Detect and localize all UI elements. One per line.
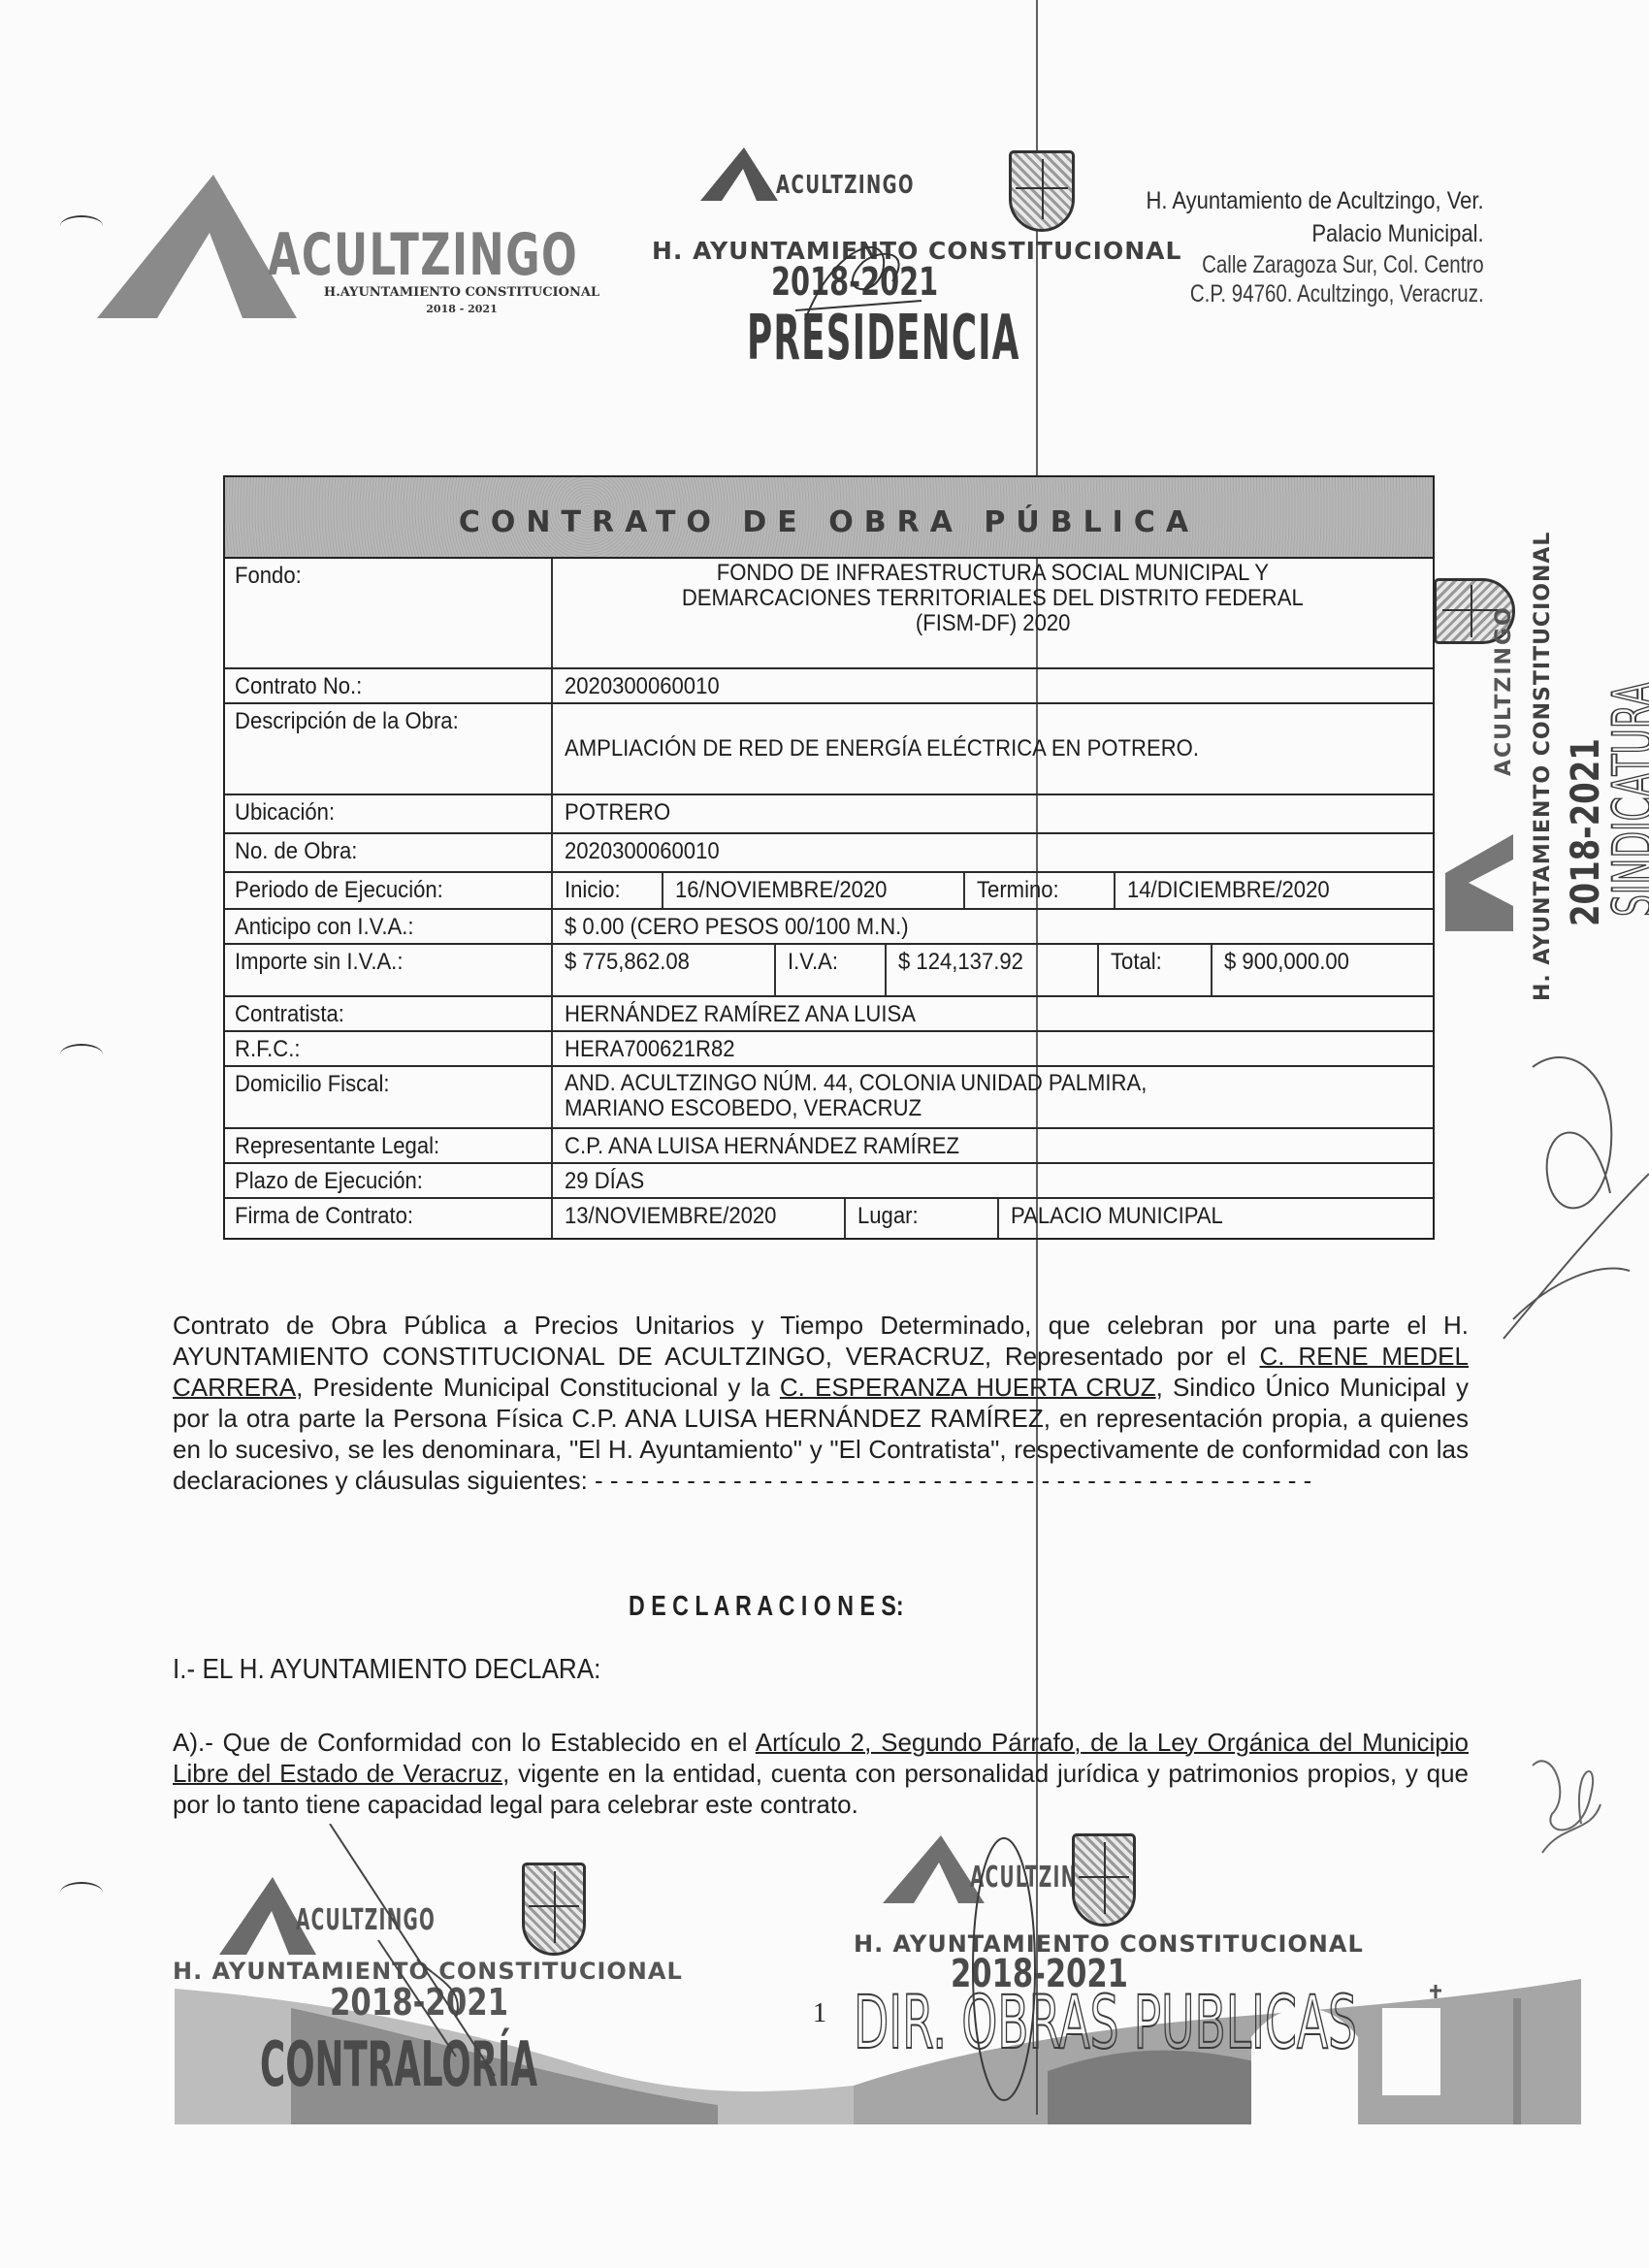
value-domicilio-line2: MARIANO ESCOBEDO, VERACRUZ [565,1096,1352,1121]
declaraciones-heading: D E C L A R A C I O N E S: [629,1591,904,1623]
label-no-obra: No. de Obra: [235,838,357,865]
value-fondo-line3: (FISM-DF) 2020 [916,611,1070,636]
stamp-logo-word: ACULTZINGO [776,171,915,200]
label-plazo: Plazo de Ejecución: [235,1168,423,1195]
row-importe: Importe sin I.V.A.: $ 775,862.08 I.V.A: … [225,945,1433,997]
signature-margin-1 [1494,1028,1649,1358]
value-no-obra: 2020300060010 [565,838,720,867]
stamp-office: DIR. OBRAS PUBLICAS [854,1979,1357,2065]
logo-period: 2018 - 2021 [287,303,636,315]
row-contratista: Contratista: HERNÁNDEZ RAMÍREZ ANA LUISA [225,997,1433,1032]
value-termino: 14/DICIEMBRE/2020 [1127,877,1330,904]
page-number: 1 [813,1998,826,2029]
label-domicilio: Domicilio Fiscal: [235,1071,389,1098]
clause-a-paragraph: A).- Que de Conformidad con lo Estableci… [173,1727,1469,1820]
label-lugar: Lugar: [857,1203,919,1230]
row-representante: Representante Legal: C.P. ANA LUISA HERN… [225,1129,1433,1164]
contract-title: CONTRATO DE OBRA PÚBLICA [459,505,1199,539]
value-contratista: HERNÁNDEZ RAMÍREZ ANA LUISA [565,1001,916,1026]
value-fondo-line2: DEMARCACIONES TERRITORIALES DEL DISTRITO… [682,586,1304,611]
signature-contraloria [320,1824,533,2095]
value-contrato-no: 2020300060010 [565,673,720,698]
value-iva: $ 124,137.92 [898,949,1023,976]
value-descripcion: AMPLIACIÓN DE RED DE ENERGÍA ELÉCTRICA E… [565,735,1199,762]
sindicatura-stamp: ACULTZINGO H. AYUNTAMIENTO CONSTITUCIONA… [1436,485,1649,1009]
label-anticipo: Anticipo con I.V.A.: [235,914,414,941]
label-iva: I.V.A: [788,949,838,976]
value-firma: 13/NOVIEMBRE/2020 [565,1203,776,1230]
stamp-office: SINDICATURA [1600,682,1649,917]
value-plazo: 29 DÍAS [565,1168,644,1193]
value-representante: C.P. ANA LUISA HERNÁNDEZ RAMÍREZ [565,1133,959,1158]
logo-wordmark: ACULTZINGO [268,221,578,289]
address-line-1: H. Ayuntamiento de Acultzingo, Ver. [1147,184,1484,217]
label-ubicacion: Ubicación: [235,799,335,826]
signature-obras [960,1833,1048,2115]
stamp-logo-icon [1445,805,1513,931]
label-total: Total: [1111,949,1162,976]
value-domicilio-line1: AND. ACULTZINGO NÚM. 44, COLONIA UNIDAD … [565,1071,1352,1096]
value-importe: $ 775,862.08 [565,949,690,976]
signature-presidente [776,223,931,340]
row-anticipo: Anticipo con I.V.A.: $ 0.00 (CERO PESOS … [225,910,1433,945]
row-domicilio: Domicilio Fiscal: AND. ACULTZINGO NÚM. 4… [225,1067,1433,1129]
stamp-logo-icon [700,147,788,201]
logo-subtitle: H.AYUNTAMIENTO CONSTITUCIONAL [287,285,636,300]
label-firma: Firma de Contrato: [235,1203,413,1230]
intro-paragraph: Contrato de Obra Pública a Precios Unita… [173,1310,1469,1496]
row-contrato-no: Contrato No.: 2020300060010 [225,669,1433,704]
contract-title-band: CONTRATO DE OBRA PÚBLICA [225,477,1433,559]
address-line-4: C.P. 94760. Acultzingo, Veracruz. [1170,279,1484,308]
label-importe: Importe sin I.V.A.: [235,949,403,976]
stamp-org-line: H. AYUNTAMIENTO CONSTITUCIONAL [1531,532,1555,1001]
label-fondo: Fondo: [235,563,302,590]
coat-of-arms-icon [1072,1833,1136,1927]
value-inicio: 16/NOVIEMBRE/2020 [675,877,887,904]
value-total: $ 900,000.00 [1224,949,1349,976]
label-rfc: R.F.C.: [235,1036,300,1063]
row-ubicacion: Ubicación: POTRERO [225,795,1433,834]
signature-margin-2 [1513,1736,1620,1863]
representative-sindico: C. ESPERANZA HUERTA CRUZ [780,1373,1156,1402]
label-contrato-no: Contrato No.: [235,673,362,700]
coat-of-arms-icon [1009,150,1075,232]
value-rfc: HERA700621R82 [565,1036,735,1061]
header-address: H. Ayuntamiento de Acultzingo, Ver. Pala… [1100,184,1484,308]
value-lugar: PALACIO MUNICIPAL [1011,1203,1223,1230]
row-no-obra: No. de Obra: 2020300060010 [225,834,1433,873]
punch-hole-mark [60,1044,103,1065]
label-representante: Representante Legal: [235,1133,439,1160]
row-plazo: Plazo de Ejecución: 29 DÍAS [225,1164,1433,1199]
row-fondo: Fondo: FONDO DE INFRAESTRUCTURA SOCIAL M… [225,559,1433,669]
address-line-2: Palacio Municipal. [1147,217,1484,250]
row-firma: Firma de Contrato: 13/NOVIEMBRE/2020 Lug… [225,1199,1433,1238]
label-descripcion: Descripción de la Obra: [235,708,459,735]
row-periodo: Periodo de Ejecución: Inicio: 16/NOVIEMB… [225,873,1433,910]
value-ubicacion: POTRERO [565,799,670,828]
label-periodo: Periodo de Ejecución: [235,877,443,904]
label-contratista: Contratista: [235,1001,344,1028]
value-fondo-line1: FONDO DE INFRAESTRUCTURA SOCIAL MUNICIPA… [717,561,1269,586]
acultzingo-logo: ACULTZINGO H.AYUNTAMIENTO CONSTITUCIONAL… [97,175,640,320]
address-line-3: Calle Zaragoza Sur, Col. Centro [1170,250,1484,279]
row-descripcion: Descripción de la Obra: AMPLIACIÓN DE RE… [225,704,1433,795]
section-i-heading: I.- EL H. AYUNTAMIENTO DECLARA: [173,1654,600,1686]
row-rfc: R.F.C.: HERA700621R82 [225,1032,1433,1067]
label-termino: Termino: [977,877,1059,904]
punch-hole-mark [60,1882,103,1903]
contract-summary-table: CONTRATO DE OBRA PÚBLICA Fondo: FONDO DE… [223,475,1435,1240]
label-inicio: Inicio: [565,877,621,904]
value-anticipo: $ 0.00 (CERO PESOS 00/100 M.N.) [565,914,909,939]
stamp-logo-word: ACULTZINGO [1492,605,1516,776]
